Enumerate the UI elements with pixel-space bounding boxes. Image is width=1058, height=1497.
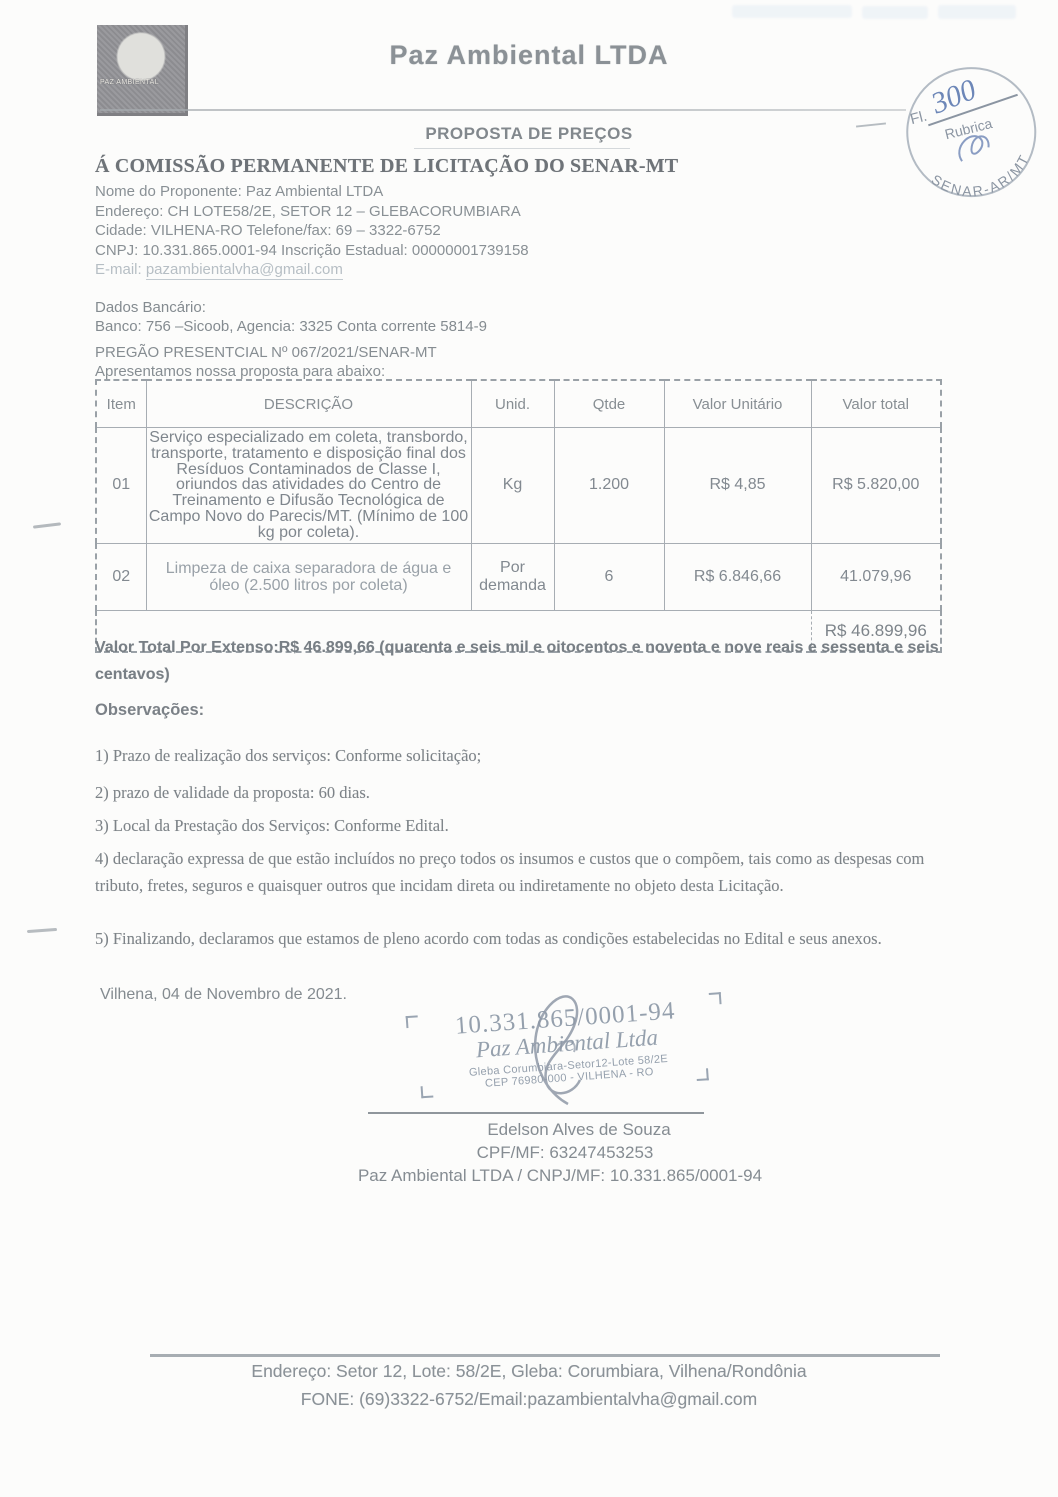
col-header-item: Item [96,380,146,428]
stamp-corner-mark [696,1068,709,1081]
bank-data-line: Banco: 756 –Sicoob, Agencia: 3325 Conta … [95,317,487,336]
observacoes-title: Observações: [95,701,204,720]
cell-item: 01 [96,428,146,544]
price-table: Item DESCRIÇÃO Unid. Qtde Valor Unitário… [95,379,942,653]
signatory-company-cnpj: Paz Ambiental LTDA / CNPJ/MF: 10.331.865… [180,1166,940,1186]
scan-smudge [862,6,928,19]
table-header-row: Item DESCRIÇÃO Unid. Qtde Valor Unitário… [96,380,941,428]
handwritten-signature-icon [512,988,612,1110]
footer-divider [150,1354,940,1357]
pregao-block: PREGÃO PRESENTCIAL Nº 067/2021/SENAR-MT … [95,344,437,381]
cell-unid: Por demanda [471,543,554,610]
document-title-underline [414,148,630,149]
stamp-fl-label: Fl. [908,108,928,129]
scan-dash-mark [27,928,57,933]
proponent-email-line: E-mail: pazambientalvha@gmail.com [95,260,529,280]
table-row: 02 Limpeza de caixa separadora de água e… [96,543,941,610]
observacao-item: 4) declaração expressa de que estão incl… [95,846,955,899]
signature-line [368,1112,704,1114]
cell-valor-total: R$ 5.820,00 [811,428,941,544]
stamp-corner-mark [421,1085,434,1098]
cell-valor-total: 41.079,96 [811,543,941,610]
observacao-item: 2) prazo de validade da proposta: 60 dia… [95,780,955,807]
cell-descricao: Serviço especializado em coleta, transbo… [146,428,471,544]
email-value: pazambientalvha@gmail.com [146,261,343,280]
footer-phone-email: FONE: (69)3322-6752/Email:pazambientalvh… [99,1389,959,1410]
observacao-item: 1) Prazo de realização dos serviços: Con… [95,743,955,770]
observacao-item: 5) Finalizando, declaramos que estamos d… [95,926,955,953]
scan-smudge [732,5,852,18]
cell-item: 02 [96,543,146,610]
document-page: PAZ AMBIENTAL Paz Ambiental LTDA PROPOST… [0,0,1058,1497]
senar-round-stamp: Fl. 300 Rubrica SENAR-AR/MT [886,56,1058,214]
col-header-qtde: Qtde [554,380,664,428]
proponent-info: Nome do Proponente: Paz Ambiental LTDA E… [95,182,529,280]
cell-valor-unitario: R$ 6.846,66 [664,543,811,610]
price-table-wrapper: Item DESCRIÇÃO Unid. Qtde Valor Unitário… [95,379,942,653]
col-header-unid: Unid. [471,380,554,428]
scan-dash-mark [33,522,61,528]
valor-extenso: Valor Total Por Extenso:R$ 46.899,66 (qu… [95,634,943,688]
pregao-number-line: PREGÃO PRESENTCIAL Nº 067/2021/SENAR-MT [95,344,437,363]
bank-data: Dados Bancário: Banco: 756 –Sicoob, Agen… [95,298,487,336]
email-label: E-mail: [95,261,146,278]
footer-address: Endereço: Setor 12, Lote: 58/2E, Gleba: … [99,1361,959,1382]
bank-data-title: Dados Bancário: [95,298,487,317]
cell-valor-unitario: R$ 4,85 [664,428,811,544]
addressee-heading: Á COMISSÃO PERMANENTE DE LICITAÇÃO DO SE… [95,155,678,178]
cell-qtde: 6 [554,543,664,610]
stamp-corner-mark [709,992,722,1005]
stamp-org-label: SENAR-AR/MT [926,148,1039,210]
svg-text:SENAR-AR/MT: SENAR-AR/MT [926,148,1039,210]
date-line: Vilhena, 04 de Novembro de 2021. [100,986,347,1004]
proponent-city-line: Cidade: VILHENA-RO Telefone/fax: 69 – 33… [95,221,529,241]
col-header-valor-total: Valor total [811,380,941,428]
col-header-descricao: DESCRIÇÃO [146,380,471,428]
logo-text: PAZ AMBIENTAL [100,79,159,86]
proponent-name-line: Nome do Proponente: Paz Ambiental LTDA [95,182,529,202]
cell-unid: Kg [471,428,554,544]
observacao-item: 3) Local da Prestação dos Serviços: Conf… [95,813,955,840]
table-row: 01 Serviço especializado em coleta, tran… [96,428,941,544]
scan-smudge [938,5,1016,19]
stamp-corner-mark [406,1015,419,1028]
cell-qtde: 1.200 [554,428,664,544]
proponent-cnpj-line: CNPJ: 10.331.865.0001-94 Inscrição Estad… [95,241,529,261]
proponent-address-line: Endereço: CH LOTE58/2E, SETOR 12 – GLEBA… [95,202,529,222]
signatory-cpf: CPF/MF: 63247453253 [365,1143,765,1163]
col-header-valor-unitario: Valor Unitário [664,380,811,428]
header-divider [100,109,906,111]
signatory-name: Edelson Alves de Souza [379,1120,779,1140]
cell-descricao: Limpeza de caixa separadora de água e ól… [146,543,471,610]
